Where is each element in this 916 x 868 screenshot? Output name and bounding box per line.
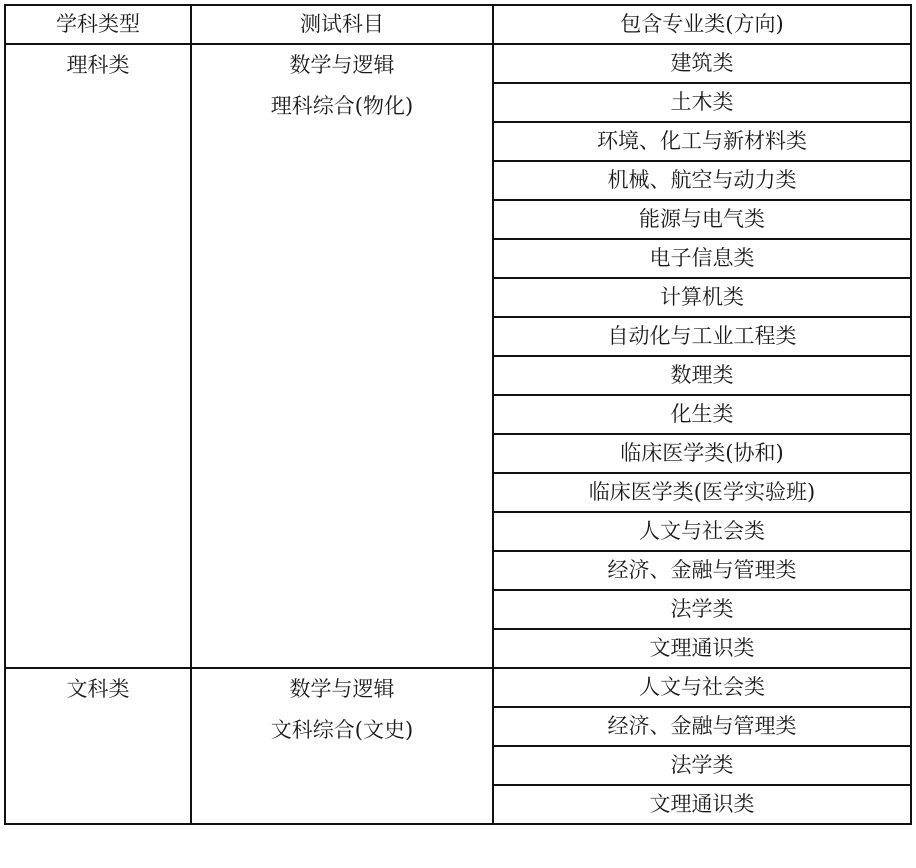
subject: 数学与逻辑 xyxy=(192,45,492,86)
major-cell: 建筑类 xyxy=(493,44,911,83)
major-cell: 环境、化工与新材料类 xyxy=(493,122,911,161)
subject: 理科综合(物化) xyxy=(192,86,492,127)
major-cell: 临床医学类(协和) xyxy=(493,434,911,473)
major-cell: 机械、航空与动力类 xyxy=(493,161,911,200)
group-type-cell: 理科类 xyxy=(5,44,191,668)
major-cell: 法学类 xyxy=(493,590,911,629)
majors-table: 学科类型 测试科目 包含专业类(方向) 理科类 数学与逻辑 理科综合(物化) 建… xyxy=(4,4,912,825)
major-cell: 文理通识类 xyxy=(493,785,911,824)
major-cell: 文理通识类 xyxy=(493,629,911,668)
major-cell: 人文与社会类 xyxy=(493,512,911,551)
major-cell: 临床医学类(医学实验班) xyxy=(493,473,911,512)
group-type: 理科类 xyxy=(6,45,190,86)
table-row: 理科类 数学与逻辑 理科综合(物化) 建筑类 xyxy=(5,44,911,83)
header-row: 学科类型 测试科目 包含专业类(方向) xyxy=(5,5,911,44)
header-test-subjects: 测试科目 xyxy=(191,5,493,44)
subject: 数学与逻辑 xyxy=(192,669,492,710)
major-cell: 经济、金融与管理类 xyxy=(493,707,911,746)
major-cell: 计算机类 xyxy=(493,278,911,317)
major-cell: 化生类 xyxy=(493,395,911,434)
group-subjects-cell: 数学与逻辑 理科综合(物化) xyxy=(191,44,493,668)
major-cell: 法学类 xyxy=(493,746,911,785)
table-row: 文科类 数学与逻辑 文科综合(文史) 人文与社会类 xyxy=(5,668,911,707)
group-subjects-cell: 数学与逻辑 文科综合(文史) xyxy=(191,668,493,824)
major-cell: 经济、金融与管理类 xyxy=(493,551,911,590)
header-subject-type: 学科类型 xyxy=(5,5,191,44)
major-cell: 自动化与工业工程类 xyxy=(493,317,911,356)
subject: 文科综合(文史) xyxy=(192,710,492,751)
group-type: 文科类 xyxy=(6,669,190,710)
major-cell: 能源与电气类 xyxy=(493,200,911,239)
major-cell: 土木类 xyxy=(493,83,911,122)
major-cell: 数理类 xyxy=(493,356,911,395)
major-cell: 人文与社会类 xyxy=(493,668,911,707)
header-included-majors: 包含专业类(方向) xyxy=(493,5,911,44)
group-type-cell: 文科类 xyxy=(5,668,191,824)
major-cell: 电子信息类 xyxy=(493,239,911,278)
